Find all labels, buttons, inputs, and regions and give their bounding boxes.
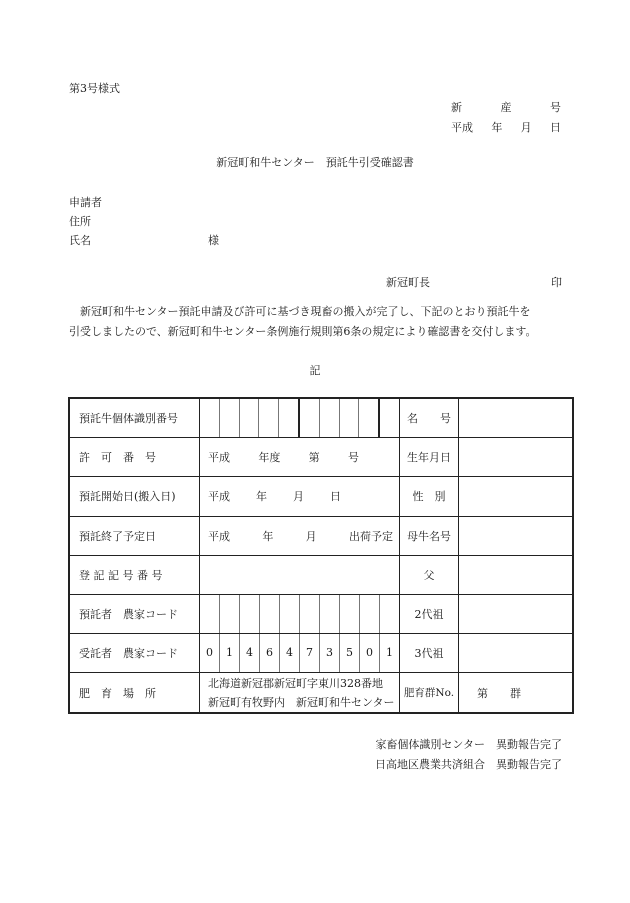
- row-value-2[interactable]: [459, 634, 574, 673]
- table-row: 預託開始日(搬入日) 平成 年 月 日 性 別: [69, 477, 573, 516]
- table-row: 預託牛個体識別番号 名 号: [69, 398, 573, 438]
- form-number: 第3号様式: [69, 80, 120, 96]
- permit-number-value[interactable]: 平成 年度 第 号: [200, 438, 400, 477]
- row-value-2[interactable]: [459, 477, 574, 516]
- address-line-1: 北海道新冠郡新冠町字東川328番地: [208, 674, 399, 693]
- seal-mark: 印: [551, 274, 562, 290]
- code-cell[interactable]: [320, 595, 340, 633]
- value-part: 平成: [208, 528, 230, 544]
- date-year: 年: [491, 119, 502, 135]
- row-label: 登 記 記 号 番 号: [69, 555, 200, 594]
- table-row: 預託者 農家コード 2代祖: [69, 594, 573, 633]
- code-cell[interactable]: [260, 595, 280, 633]
- document-date: 平成 年 月 日: [451, 119, 561, 135]
- value-part: 年: [256, 488, 267, 504]
- code-cell[interactable]: 0: [200, 634, 220, 672]
- code-cell[interactable]: [200, 595, 220, 633]
- group-number-value[interactable]: 第 群: [459, 673, 574, 713]
- end-date-value[interactable]: 平成 年 月 出荷予定: [200, 516, 400, 555]
- code-cell[interactable]: 4: [240, 634, 260, 672]
- row-label: 許 可 番 号: [69, 438, 200, 477]
- trustee-code-cells: 0 1 4 6 4 7 3 5 0 1: [200, 634, 400, 673]
- depositor-code-cells: [200, 594, 400, 633]
- table-row: 受託者 農家コード 0 1 4 6 4 7 3 5 0 1 3代祖: [69, 634, 573, 673]
- body-line-2: 引受しましたので、新冠町和牛センター条例施行規則第6条の規定により確認書を交付し…: [69, 322, 563, 342]
- applicant-heading: 申請者: [69, 193, 219, 212]
- code-cell[interactable]: [240, 595, 260, 633]
- row-label: 肥 育 場 所: [69, 673, 200, 713]
- value-part: 月: [306, 528, 317, 544]
- id-cell[interactable]: [220, 399, 240, 437]
- row-label-2: 肥育群No.: [400, 673, 459, 713]
- table-row: 許 可 番 号 平成 年度 第 号 生年月日: [69, 438, 573, 477]
- individual-id-cells: [200, 398, 400, 438]
- issuer-title: 新冠町長: [386, 274, 430, 290]
- row-label: 預託開始日(搬入日): [69, 477, 200, 516]
- code-cell[interactable]: 0: [360, 634, 380, 672]
- code-cell[interactable]: 3: [320, 634, 340, 672]
- row-label-2: 性 別: [400, 477, 459, 516]
- document-number: 新 産 号: [451, 99, 561, 115]
- id-cell[interactable]: [300, 399, 320, 437]
- honorific: 様: [208, 231, 219, 250]
- id-cell[interactable]: [380, 399, 399, 437]
- issuer-line: 新冠町長 印: [386, 274, 562, 290]
- code-cell[interactable]: [280, 595, 300, 633]
- start-date-value[interactable]: 平成 年 月 日: [200, 477, 400, 516]
- doc-number-mid: 産: [501, 99, 512, 115]
- code-cell[interactable]: [380, 595, 399, 633]
- applicant-address-label: 住所: [69, 212, 219, 231]
- fattening-location-value: 北海道新冠郡新冠町字東川328番地 新冠町有牧野内 新冠町和牛センター: [200, 673, 400, 713]
- registration-number-value[interactable]: [200, 555, 400, 594]
- value-part: 平成: [208, 488, 230, 504]
- applicant-name-label: 氏名: [69, 231, 91, 250]
- row-value-2[interactable]: [459, 438, 574, 477]
- row-label: 預託終了予定日: [69, 516, 200, 555]
- code-cell[interactable]: [220, 595, 240, 633]
- id-cell[interactable]: [320, 399, 340, 437]
- table-row: 肥 育 場 所 北海道新冠郡新冠町字東川328番地 新冠町有牧野内 新冠町和牛セ…: [69, 673, 573, 713]
- row-label-2: 名 号: [400, 398, 459, 438]
- code-cell[interactable]: 1: [220, 634, 240, 672]
- body-paragraph: 新冠町和牛センター預託申請及び許可に基づき現畜の搬入が完了し、下記のとおり預託牛…: [69, 302, 563, 341]
- value-part: 月: [293, 488, 304, 504]
- report-status-footer: 家畜個体識別センター 異動報告完了 日高地区農業共済組合 異動報告完了: [0, 735, 562, 775]
- row-value-2[interactable]: [459, 398, 574, 438]
- code-cell[interactable]: [360, 595, 380, 633]
- value-part: 年: [262, 528, 273, 544]
- table-row: 登 記 記 号 番 号 父: [69, 555, 573, 594]
- ki-heading: 記: [0, 362, 630, 378]
- code-cell[interactable]: [300, 595, 320, 633]
- row-label: 預託者 農家コード: [69, 594, 200, 633]
- row-label-2: 3代祖: [400, 634, 459, 673]
- row-label: 受託者 農家コード: [69, 634, 200, 673]
- row-value-2[interactable]: [459, 594, 574, 633]
- address-line-2: 新冠町有牧野内 新冠町和牛センター: [208, 693, 399, 712]
- document-title: 新冠町和牛センター 預託牛引受確認書: [0, 154, 630, 170]
- code-cell[interactable]: 7: [300, 634, 320, 672]
- value-part: 号: [348, 449, 359, 465]
- row-label-2: 2代祖: [400, 594, 459, 633]
- code-cell[interactable]: 1: [380, 634, 399, 672]
- value-part: 平成: [208, 449, 230, 465]
- doc-number-suffix: 号: [550, 99, 561, 115]
- value-part: 日: [330, 488, 341, 504]
- row-label-2: 父: [400, 555, 459, 594]
- row-label-2: 生年月日: [400, 438, 459, 477]
- doc-number-prefix: 新: [451, 99, 462, 115]
- row-label-2: 母牛名号: [400, 516, 459, 555]
- row-value-2[interactable]: [459, 516, 574, 555]
- applicant-block: 申請者 住所 氏名 様: [69, 193, 219, 250]
- code-cell[interactable]: 4: [280, 634, 300, 672]
- value-part: 年度: [258, 449, 280, 465]
- id-cell[interactable]: [259, 399, 279, 437]
- date-day: 日: [550, 119, 561, 135]
- applicant-name-row: 氏名 様: [69, 231, 219, 250]
- id-cell[interactable]: [200, 399, 220, 437]
- code-cell[interactable]: 6: [260, 634, 280, 672]
- row-label: 預託牛個体識別番号: [69, 398, 200, 438]
- report-status-line-2: 日高地区農業共済組合 異動報告完了: [0, 755, 562, 775]
- value-part: 第: [309, 449, 320, 465]
- row-value-2[interactable]: [459, 555, 574, 594]
- date-era: 平成: [451, 119, 473, 135]
- code-cell[interactable]: [340, 595, 360, 633]
- date-month: 月: [521, 119, 532, 135]
- id-cell[interactable]: [340, 399, 360, 437]
- id-cell[interactable]: [279, 399, 300, 437]
- table-row: 預託終了予定日 平成 年 月 出荷予定 母牛名号: [69, 516, 573, 555]
- code-cell[interactable]: 5: [340, 634, 360, 672]
- cattle-info-table: 預託牛個体識別番号 名 号 許 可 番 号 平成 年度 第: [68, 397, 574, 714]
- report-status-line-1: 家畜個体識別センター 異動報告完了: [0, 735, 562, 755]
- body-line-1: 新冠町和牛センター預託申請及び許可に基づき現畜の搬入が完了し、下記のとおり預託牛…: [69, 302, 563, 322]
- id-cell[interactable]: [359, 399, 380, 437]
- id-cell[interactable]: [240, 399, 260, 437]
- value-part: 出荷予定: [349, 528, 393, 544]
